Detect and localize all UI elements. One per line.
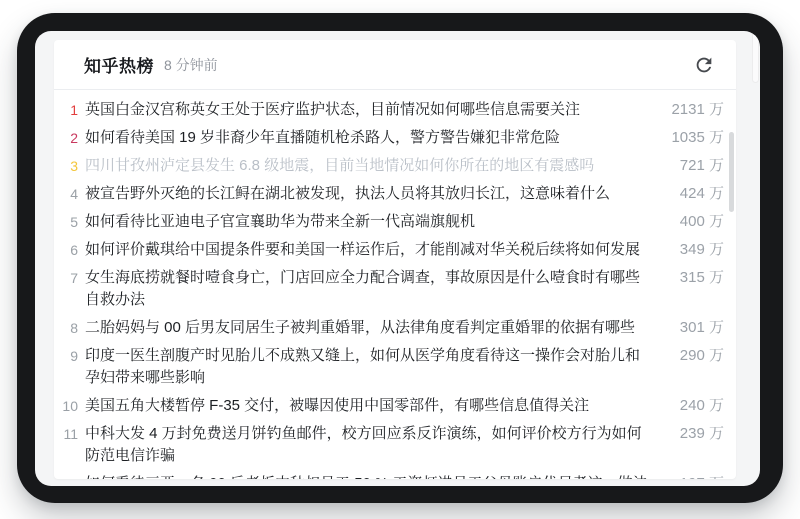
list-item[interactable]: 5 如何看待比亚迪电子官宣襄助华为带来全新一代高端旗舰机 400 万 <box>54 208 736 236</box>
rank-number: 3 <box>56 155 78 177</box>
row-title: 印度一医生剖腹产时见胎儿不成熟又缝上，如何从医学角度看待这一操作会对胎儿和孕妇带… <box>85 345 648 389</box>
list-item[interactable]: 10 美国五角大楼暂停 F-35 交付，被曝因使用中国零部件，有哪些信息值得关注… <box>54 392 736 420</box>
list-item[interactable]: 8 二胎妈妈与 00 后男友同居生子被判重婚罪，从法律角度看判定重婚罪的依据有哪… <box>54 314 736 342</box>
row-title: 中科大发 4 万封免费送月饼钓鱼邮件，校方回应系反诈演练，如何评价校方行为如何防… <box>85 423 648 467</box>
row-title: 如何看待比亚迪电子官宣襄助华为带来全新一代高端旗舰机 <box>85 211 648 233</box>
rank-number: 4 <box>56 183 78 205</box>
refresh-button[interactable] <box>692 53 716 77</box>
list-item[interactable]: 7 女生海底捞就餐时噎食身亡，门店回应全力配合调查，事故原因是什么噎食时有哪些自… <box>54 264 736 314</box>
card-scrollbar[interactable] <box>729 132 734 212</box>
view-count: 290 万 <box>662 345 724 367</box>
row-title: 二胎妈妈与 00 后男友同居生子被判重婚罪，从法律角度看判定重婚罪的依据有哪些 <box>85 317 648 339</box>
row-title: 四川甘孜州泸定县发生 6.8 级地震，目前当地情况如何你所在的地区有震感吗 <box>85 155 648 177</box>
list-item[interactable]: 2 如何看待美国 19 岁非裔少年直播随机枪杀路人，警方警告嫌犯非常危险 103… <box>54 124 736 152</box>
rank-number: 2 <box>56 127 78 149</box>
view-count: 315 万 <box>662 267 724 289</box>
card-header: 知乎热榜 8 分钟前 <box>54 40 736 90</box>
view-count: 400 万 <box>662 211 724 233</box>
view-count: 721 万 <box>662 155 724 177</box>
list-item[interactable]: 11 中科大发 4 万封免费送月饼钓鱼邮件，校方回应系反诈演练，如何评价校方行为… <box>54 420 736 470</box>
row-title: 如何看待美国 19 岁非裔少年直播随机枪杀路人，警方警告嫌犯非常危险 <box>85 127 648 149</box>
row-title: 英国白金汉宫称英女王处于医疗监护状态，目前情况如何哪些信息需要关注 <box>85 99 648 121</box>
row-title: 如何看待三亚一名 00 后老板中秋扣员工 50 % 工资打进员工父母账户代尽孝这… <box>85 473 648 479</box>
rank-number: 7 <box>56 267 78 289</box>
rank-number: 9 <box>56 345 78 367</box>
list-item[interactable]: 9 印度一医生剖腹产时见胎儿不成熟又缝上，如何从医学角度看待这一操作会对胎儿和孕… <box>54 342 736 392</box>
view-count: 2131 万 <box>662 99 724 121</box>
rank-number: 12 <box>56 473 78 479</box>
view-count: 301 万 <box>662 317 724 339</box>
view-count: 197 万 <box>662 473 724 479</box>
zhihu-hot-list-card: 知乎热榜 8 分钟前 1 英国白金汉宫称英女王处于医疗监护状态，目前情况如何哪些… <box>54 40 736 479</box>
list-item[interactable]: 4 被宣告野外灭绝的长江鲟在湖北被发现，执法人员将其放归长江，这意味着什么 42… <box>54 180 736 208</box>
screen: 知乎热榜 8 分钟前 1 英国白金汉宫称英女王处于医疗监护状态，目前情况如何哪些… <box>35 31 760 486</box>
tablet-frame: 知乎热榜 8 分钟前 1 英国白金汉宫称英女王处于医疗监护状态，目前情况如何哪些… <box>17 13 783 503</box>
row-title: 被宣告野外灭绝的长江鲟在湖北被发现，执法人员将其放归长江，这意味着什么 <box>85 183 648 205</box>
rank-number: 1 <box>56 99 78 121</box>
list-item[interactable]: 3 四川甘孜州泸定县发生 6.8 级地震，目前当地情况如何你所在的地区有震感吗 … <box>54 152 736 180</box>
updated-timestamp: 8 分钟前 <box>164 55 218 75</box>
rank-number: 11 <box>56 423 78 445</box>
list-item[interactable]: 1 英国白金汉宫称英女王处于医疗监护状态，目前情况如何哪些信息需要关注 2131… <box>54 96 736 124</box>
view-count: 1035 万 <box>662 127 724 149</box>
rank-number: 8 <box>56 317 78 339</box>
page-title: 知乎热榜 <box>84 52 154 77</box>
list-item[interactable]: 6 如何评价戴琪给中国提条件要和美国一样运作后，才能削减对华关税后续将如何发展 … <box>54 236 736 264</box>
rank-number: 5 <box>56 211 78 233</box>
view-count: 349 万 <box>662 239 724 261</box>
rank-number: 10 <box>56 395 78 417</box>
rank-number: 6 <box>56 239 78 261</box>
hot-list: 1 英国白金汉宫称英女王处于医疗监护状态，目前情况如何哪些信息需要关注 2131… <box>54 90 736 479</box>
view-count: 239 万 <box>662 423 724 445</box>
refresh-icon <box>693 54 715 76</box>
list-item[interactable]: 12 如何看待三亚一名 00 后老板中秋扣员工 50 % 工资打进员工父母账户代… <box>54 470 736 479</box>
row-title: 美国五角大楼暂停 F-35 交付，被曝因使用中国零部件，有哪些信息值得关注 <box>85 395 648 417</box>
view-count: 424 万 <box>662 183 724 205</box>
page-scrollbar[interactable] <box>752 31 759 83</box>
view-count: 240 万 <box>662 395 724 417</box>
row-title: 如何评价戴琪给中国提条件要和美国一样运作后，才能削减对华关税后续将如何发展 <box>85 239 648 261</box>
row-title: 女生海底捞就餐时噎食身亡，门店回应全力配合调查，事故原因是什么噎食时有哪些自救办… <box>85 267 648 311</box>
